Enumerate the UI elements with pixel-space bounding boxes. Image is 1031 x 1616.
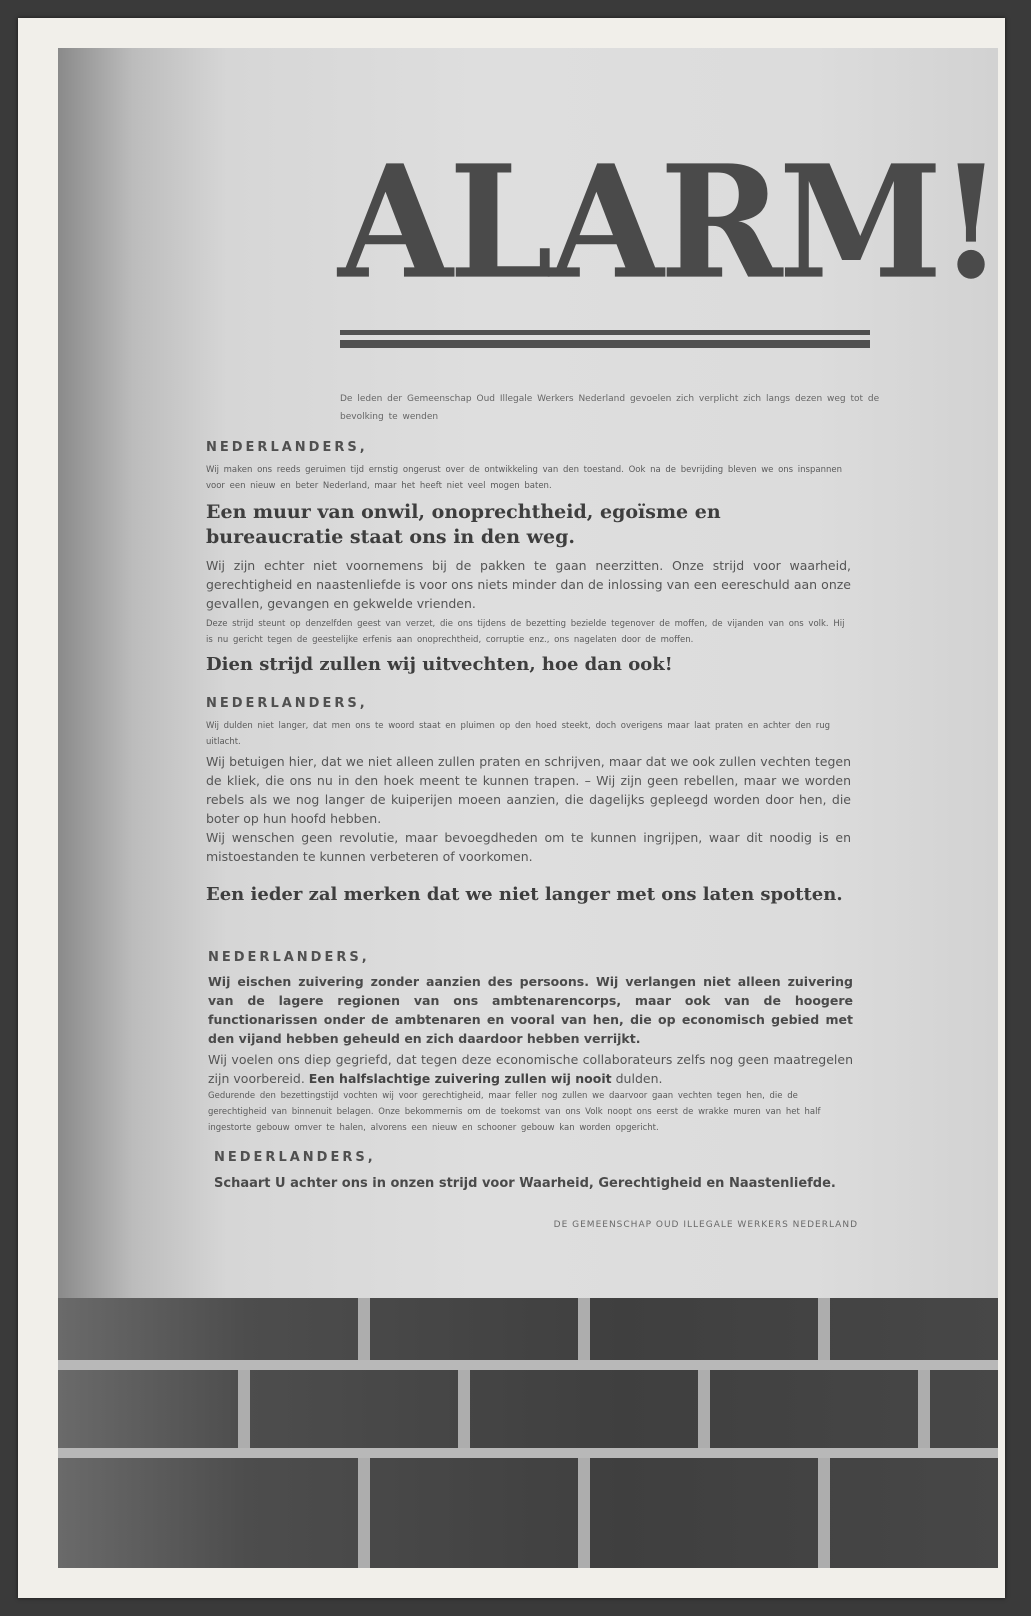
mortar-joint [578,1458,590,1568]
mortar-joint [458,1370,470,1448]
poster: ALARM! De leden der Gemeenschap Oud Ille… [58,48,998,1298]
mortar-joint [818,1458,830,1568]
section-3-small-text: Gedurende den bezettingstijd vochten wij… [208,1088,853,1136]
section-2-heading: Een ieder zal merken dat we niet langer … [206,882,851,907]
section-2-body: Wij betuigen hier, dat we niet alleen zu… [206,752,851,828]
section-3-bold-body: Wij eischen zuivering zonder aanzien des… [208,972,853,1048]
salutation: NEDERLANDERS, [214,1150,376,1165]
photo-frame: ALARM! De leden der Gemeenschap Oud Ille… [18,18,1005,1598]
section-1-heading: Een muur van onwil, onoprechtheid, egoïs… [206,500,806,550]
mortar-joint [358,1298,370,1360]
salutation: NEDERLANDERS, [206,696,368,711]
section-1-small-text-2: Deze strijd steunt op denzelfden geest v… [206,616,851,648]
mortar-joint [818,1298,830,1360]
intro-text: De leden der Gemeenschap Oud Illegale We… [340,390,880,426]
brick-wall [58,1298,998,1568]
section-1-small-text: Wij maken ons reeds geruimen tijd ernsti… [206,462,851,494]
section-2-body-2: Wij wenschen geen revolutie, maar bevoeg… [206,828,851,866]
poster-title: ALARM! [338,144,878,299]
section-3-bold-phrase: Een halfslachtige zuivering zullen wij n… [309,1071,612,1086]
title-rule-thin [340,330,870,335]
mortar-joint [358,1458,370,1568]
mortar-joint [698,1370,710,1448]
signature: DE GEMEENSCHAP OUD ILLEGALE WERKERS NEDE… [478,1220,858,1230]
photograph: ALARM! De leden der Gemeenschap Oud Ille… [58,48,998,1568]
mortar-joint [918,1370,930,1448]
mortar-joint [578,1298,590,1360]
section-1-heading-2: Dien strijd zullen wij uitvechten, hoe d… [206,652,851,677]
salutation: NEDERLANDERS, [206,440,368,455]
section-1-body: Wij zijn echter niet voornemens bij de p… [206,556,851,613]
title-rule-thick [340,340,870,348]
section-2-small-text: Wij dulden niet langer, dat men ons te w… [206,718,851,750]
section-3-body: Wij voelen ons diep gegriefd, dat tegen … [208,1050,853,1088]
section-4-bold-body: Schaart U achter ons in onzen strijd voo… [214,1174,854,1193]
salutation: NEDERLANDERS, [208,950,370,965]
section-3-body-tail: dulden. [616,1071,663,1086]
mortar-joint [238,1370,250,1448]
